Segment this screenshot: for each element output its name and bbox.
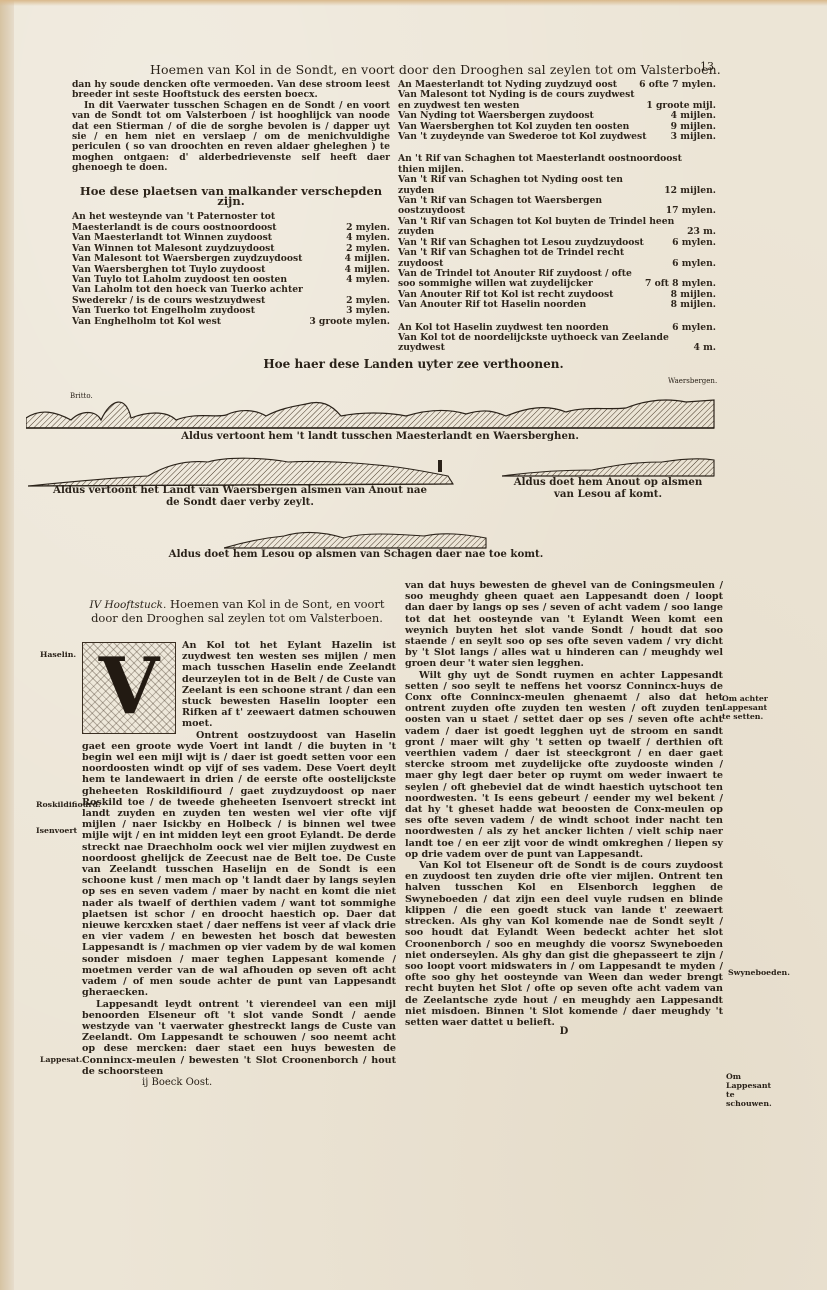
distance-table-right-1: An Maesterlandt tot Nyding zuydzuyd oost… (398, 80, 716, 142)
page-number: 13 (700, 60, 714, 73)
profiles-heading: Hoe haer dese Landen uyter zee verthoone… (0, 357, 827, 371)
right-body-column: van dat huys bewesten de ghevel van de C… (405, 580, 723, 1037)
route-text: Van Malesont tot Nyding is de cours zuyd… (398, 90, 640, 111)
route-text: Van 't zuydeynde van Swederoe tot Kol zu… (398, 132, 646, 142)
distance-row: Van 't Rif van Schaghen tot Nyding oost … (398, 175, 716, 196)
distance-table-right-3: An Kol tot Haselin zuydwest ten noorden6… (398, 323, 716, 354)
coastal-profile-3 (502, 452, 717, 478)
route-text: Van 't Rif van Schagen tot Kol buyten de… (398, 217, 681, 238)
margin-note-isenvoert: Isenvoert (36, 826, 77, 835)
paragraph-continuation: van dat huys bewesten de ghevel van de C… (405, 580, 723, 670)
distance-value: 6 ofte 7 mylen. (633, 80, 716, 90)
distance-row: Van 't zuydeynde van Swederoe tot Kol zu… (398, 132, 716, 142)
route-text: Van Tuerko tot Engelholm zuydoost (72, 306, 255, 316)
distance-row: An het westeynde van 't Paternoster tot … (72, 212, 390, 233)
chapter-number: IV Hooftstuck. (89, 599, 166, 611)
distance-row: Van Laholm tot den hoeck van Tuerko acht… (72, 285, 390, 306)
distance-value: 6 mylen. (666, 238, 716, 248)
profile-caption-3: Aldus doet hem Anout op alsmen van Lesou… (496, 476, 720, 500)
chapter-title: IV Hooftstuck. Hoemen van Kol in de Sont… (82, 598, 392, 625)
route-text: An het westeynde van 't Paternoster tot … (72, 212, 340, 233)
route-text: An 't Rif van Schaghen tot Maesterlandt … (398, 154, 710, 175)
distance-row: Van 't Rif van Schagen tot Kol buyten de… (398, 217, 716, 238)
distance-row: Van 't Rif van Schaghen tot de Trindel r… (398, 248, 716, 269)
margin-note-lappesat: Lappesat. (40, 1055, 82, 1064)
route-text: Van Enghelholm tot Kol west (72, 317, 221, 327)
paragraph-lappesandt: Lappesandt leydt ontrent 't vierendeel v… (82, 999, 396, 1077)
distance-value: 4 mylen. (340, 275, 390, 285)
route-text: Van de Trindel tot Anouter Rif zuydoost … (398, 269, 639, 290)
profile-caption-4: Aldus doet hem Lesou op alsmen van Schag… (0, 548, 712, 560)
distance-row: An 't Rif van Schaghen tot Maesterlandt … (398, 154, 716, 175)
route-text: Van Malesont tot Waersbergen zuydzuydoos… (72, 254, 302, 264)
route-text: Van Laholm tot den hoeck van Tuerko acht… (72, 285, 340, 306)
book-page: Hoemen van Kol in de Sondt, en voort doo… (0, 0, 827, 1290)
distance-row: Van Kol tot de noordelijckste uythoeck v… (398, 333, 716, 354)
route-text: Van 't Rif van Schagen tot Waersbergen o… (398, 196, 660, 217)
distance-value: 3 groote mylen. (303, 317, 390, 327)
distance-row: Van Malesont tot Nyding is de cours zuyd… (398, 90, 716, 111)
route-text: Van Kol tot de noordelijckste uythoeck v… (398, 333, 687, 354)
route-text: Van 't Rif van Schaghen tot Nyding oost … (398, 175, 658, 196)
intro-paragraph: dan hy soude dencken ofte vermoeden. Van… (72, 80, 390, 101)
distance-value: 4 mijlen. (339, 254, 390, 264)
top-left-column: dan hy soude dencken ofte vermoeden. Van… (72, 80, 390, 327)
signature-mark: ij Boeck Oost. (82, 1077, 396, 1088)
chapter-title-line-2: door den Drooghen sal zeylen tot om Vals… (82, 612, 392, 625)
distance-row: Van Tuerko tot Engelholm zuydoost3 mylen… (72, 306, 390, 316)
distance-value: 3 mylen. (340, 306, 390, 316)
left-body-column: V An Kol tot het Eylant Hazelin ist zuyd… (82, 640, 396, 1088)
distance-value: 4 m. (687, 343, 716, 353)
profile-caption-2: Aldus vertoont het Landt van Waersbergen… (30, 484, 450, 508)
profile-caption-1: Aldus vertoont hem 't landt tusschen Mae… (0, 430, 760, 442)
caption-3-line-1: Aldus doet hem Anout op alsmen (496, 476, 720, 488)
chapter-title-line-1: Hoemen van Kol in de Sont, en voort (170, 597, 385, 611)
margin-note-om-lappesant: Om Lappesant te schouwen. (726, 1072, 772, 1108)
paragraph-voert: Ontrent oostzuydoost van Haselin gaet ee… (82, 730, 396, 999)
distance-row: Van Enghelholm tot Kol west3 groote myle… (72, 317, 390, 327)
paragraph-ruymen: Wilt ghy uyt de Sondt ruymen en achter L… (405, 670, 723, 860)
page-edge (0, 0, 14, 1290)
coastal-profile-1 (26, 390, 716, 430)
warning-paragraph: In dit Vaerwater tusschen Schagen en de … (72, 101, 390, 174)
route-text: Van Anouter Rif tot Haselin noorden (398, 300, 586, 310)
distance-row: Van de Trindel tot Anouter Rif zuydoost … (398, 269, 716, 290)
distance-value: 3 mijlen. (665, 132, 716, 142)
ornamental-initial: V (82, 642, 176, 734)
distance-value: 6 mylen. (666, 259, 716, 269)
margin-note-swyneboeden: Swyneboeden. (728, 968, 768, 977)
margin-note-om-achter: Om achter Lappesant te setten. (722, 694, 768, 721)
label-waersbergen: Waersbergen. (668, 377, 717, 385)
distance-row: Van Malesont tot Waersbergen zuydzuydoos… (72, 254, 390, 264)
top-right-column: An Maesterlandt tot Nyding zuydzuyd oost… (398, 80, 716, 354)
distance-table-left: An het westeynde van 't Paternoster tot … (72, 212, 390, 326)
caption-2-line-1: Aldus vertoont het Landt van Waersbergen… (30, 484, 450, 496)
paragraph-elseneur: Van Kol tot Elseneur oft de Sondt is de … (405, 860, 723, 1028)
page-stain (0, 0, 827, 6)
running-head: Hoemen van Kol in de Sondt, en voort doo… (150, 62, 721, 77)
coastal-profile-4 (224, 528, 489, 550)
caption-2-line-2: de Sondt daer verby zeylt. (30, 496, 450, 508)
distance-row: Van 't Rif van Schagen tot Waersbergen o… (398, 196, 716, 217)
distance-table-right-2: An 't Rif van Schaghen tot Maesterlandt … (398, 154, 716, 310)
distance-value: 8 mijlen. (665, 300, 716, 310)
distances-heading: Hoe dese plaetsen van malkander verschep… (72, 186, 390, 207)
margin-note-roskildi: Roskildifiourd. (36, 800, 80, 809)
distance-value: 12 mijlen. (658, 186, 716, 196)
caption-3-line-2: van Lesou af komt. (496, 488, 720, 500)
margin-note-haselin: Haselin. (40, 650, 76, 659)
distance-row: Van Anouter Rif tot Haselin noorden8 mij… (398, 300, 716, 310)
initial-letter: V (83, 647, 175, 727)
route-text: Van 't Rif van Schaghen tot de Trindel r… (398, 248, 666, 269)
distance-value: 6 mylen. (666, 323, 716, 333)
coastal-profile-2 (28, 454, 458, 488)
